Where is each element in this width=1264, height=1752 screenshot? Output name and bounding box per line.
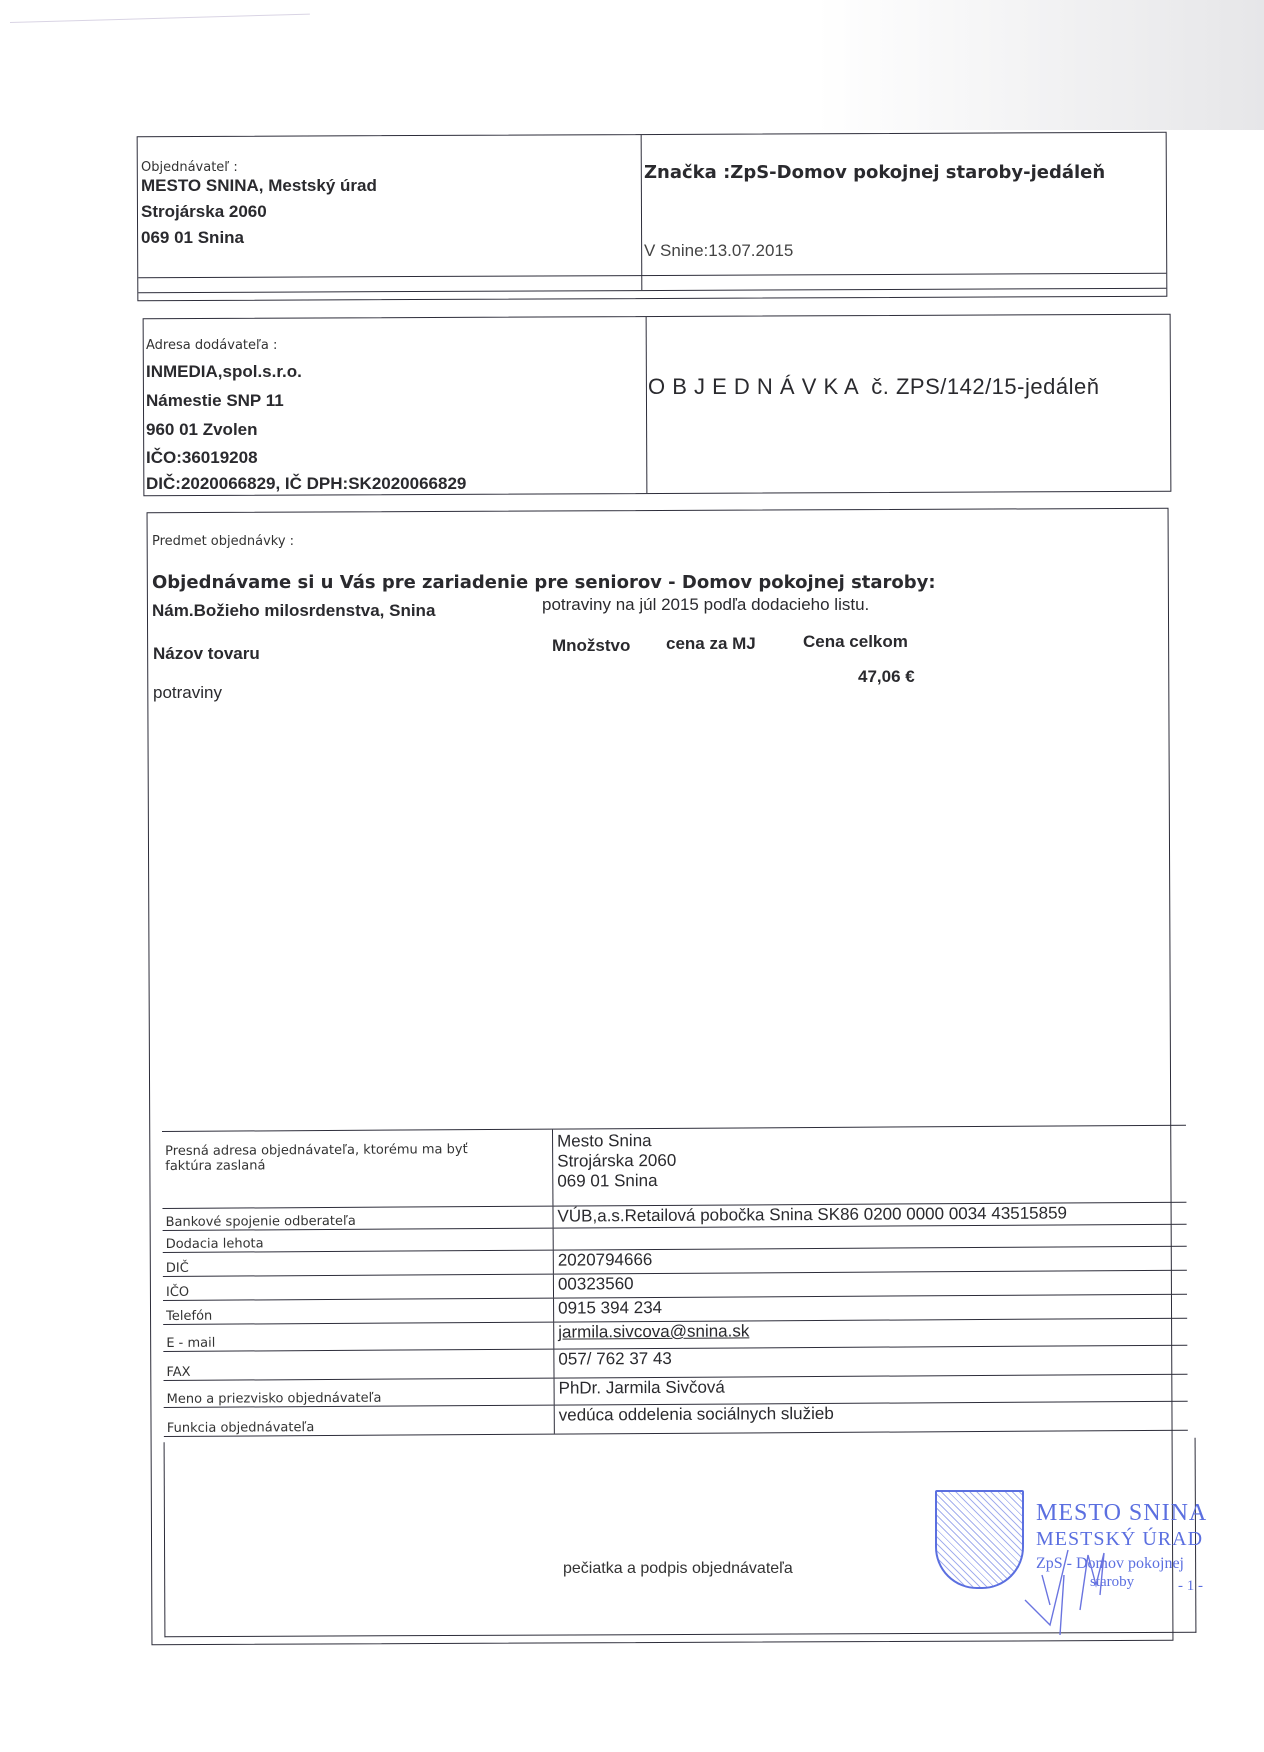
info-value: VÚB,a.s.Retailová pobočka Snina SK86 020… [552, 1203, 1186, 1228]
info-key: DIČ [163, 1251, 553, 1276]
order-title: O B J E D N Á V K A č. ZPS/142/15-jedále… [648, 374, 1099, 400]
subject-label: Predmet objednávky : [152, 534, 294, 549]
item-total: 47,06 € [858, 667, 915, 687]
email-link[interactable]: jarmila.sivcova@snina.sk [553, 1319, 1187, 1349]
info-value: 00323560 [553, 1271, 1187, 1298]
subject-description: potraviny na júl 2015 podľa dodacieho li… [542, 595, 869, 615]
reference-mark: Značka :ZpS-Domov pokojnej staroby-jedál… [644, 162, 1105, 183]
info-value: PhDr. Jarmila Sivčová [554, 1375, 1188, 1405]
info-key: FAX [163, 1350, 553, 1380]
info-key: Meno a priezvisko objednávateľa [164, 1379, 554, 1407]
info-value [553, 1225, 1187, 1250]
col-total: Cena celkom [803, 632, 908, 652]
supplier-name: INMEDIA,spol.s.r.o. [146, 362, 302, 382]
orderer-box [137, 132, 1168, 301]
info-value: vedúca oddelenia sociálnych služieb [554, 1402, 1188, 1434]
col-quantity: Množstvo [552, 636, 630, 656]
info-key: E - mail [163, 1323, 553, 1351]
info-value: 057/ 762 37 43 [553, 1346, 1187, 1378]
orderer-street: Strojárska 2060 [141, 202, 267, 222]
supplier-ico: IČO:36019208 [146, 448, 258, 468]
supplier-street: Námestie SNP 11 [146, 391, 284, 411]
subject-address: Nám.Božieho milosrdenstva, Snina [152, 601, 435, 621]
handwritten-signature-icon [1020, 1545, 1140, 1635]
item-name: potraviny [153, 683, 222, 703]
signature-label: pečiatka a podpis objednávateľa [563, 1560, 793, 1578]
info-key: Bankové spojenie odberateľa [162, 1207, 552, 1230]
stamp-number: - 1 - [1178, 1578, 1203, 1595]
info-value: 0915 394 234 [553, 1295, 1187, 1322]
supplier-city: 960 01 Zvolen [146, 420, 258, 440]
coat-of-arms-stamp-icon [935, 1490, 1024, 1589]
supplier-label: Adresa dodávateľa : [146, 338, 277, 353]
info-key: Dodacia lehota [163, 1229, 553, 1252]
col-unit-price: cena za MJ [666, 634, 756, 654]
info-value: 2020794666 [553, 1247, 1187, 1274]
orderer-label: Objednávateľ : [141, 160, 238, 175]
info-key: Funkcia objednávateľa [164, 1406, 554, 1436]
info-value: Mesto Snina Strojárska 2060 069 01 Snina [552, 1126, 1186, 1206]
subject-line1: Objednávame si u Vás pre zariadenie pre … [152, 572, 936, 593]
scan-artifact-line [10, 14, 310, 23]
table-row: Presná adresa objednávateľa, ktorému ma … [162, 1125, 1186, 1208]
supplier-box [143, 314, 1172, 496]
orderer-city: 069 01 Snina [141, 228, 244, 248]
info-key: IČO [163, 1275, 553, 1300]
info-key: Telefón [163, 1299, 553, 1324]
supplier-dic: DIČ:2020066829, IČ DPH:SK2020066829 [146, 474, 466, 494]
orderer-name: MESTO SNINA, Mestský úrad [141, 176, 377, 196]
col-item-name: Názov tovaru [153, 644, 260, 664]
info-key: Presná adresa objednávateľa, ktorému ma … [162, 1130, 552, 1208]
scan-shadow [704, 0, 1264, 130]
stamp-line1: MESTO SNINA [1036, 1500, 1207, 1527]
table-row: Funkcia objednávateľa vedúca oddelenia s… [164, 1401, 1188, 1437]
orderer-info-table: Presná adresa objednávateľa, ktorému ma … [162, 1125, 1188, 1437]
reference-date: V Snine:13.07.2015 [644, 241, 793, 261]
